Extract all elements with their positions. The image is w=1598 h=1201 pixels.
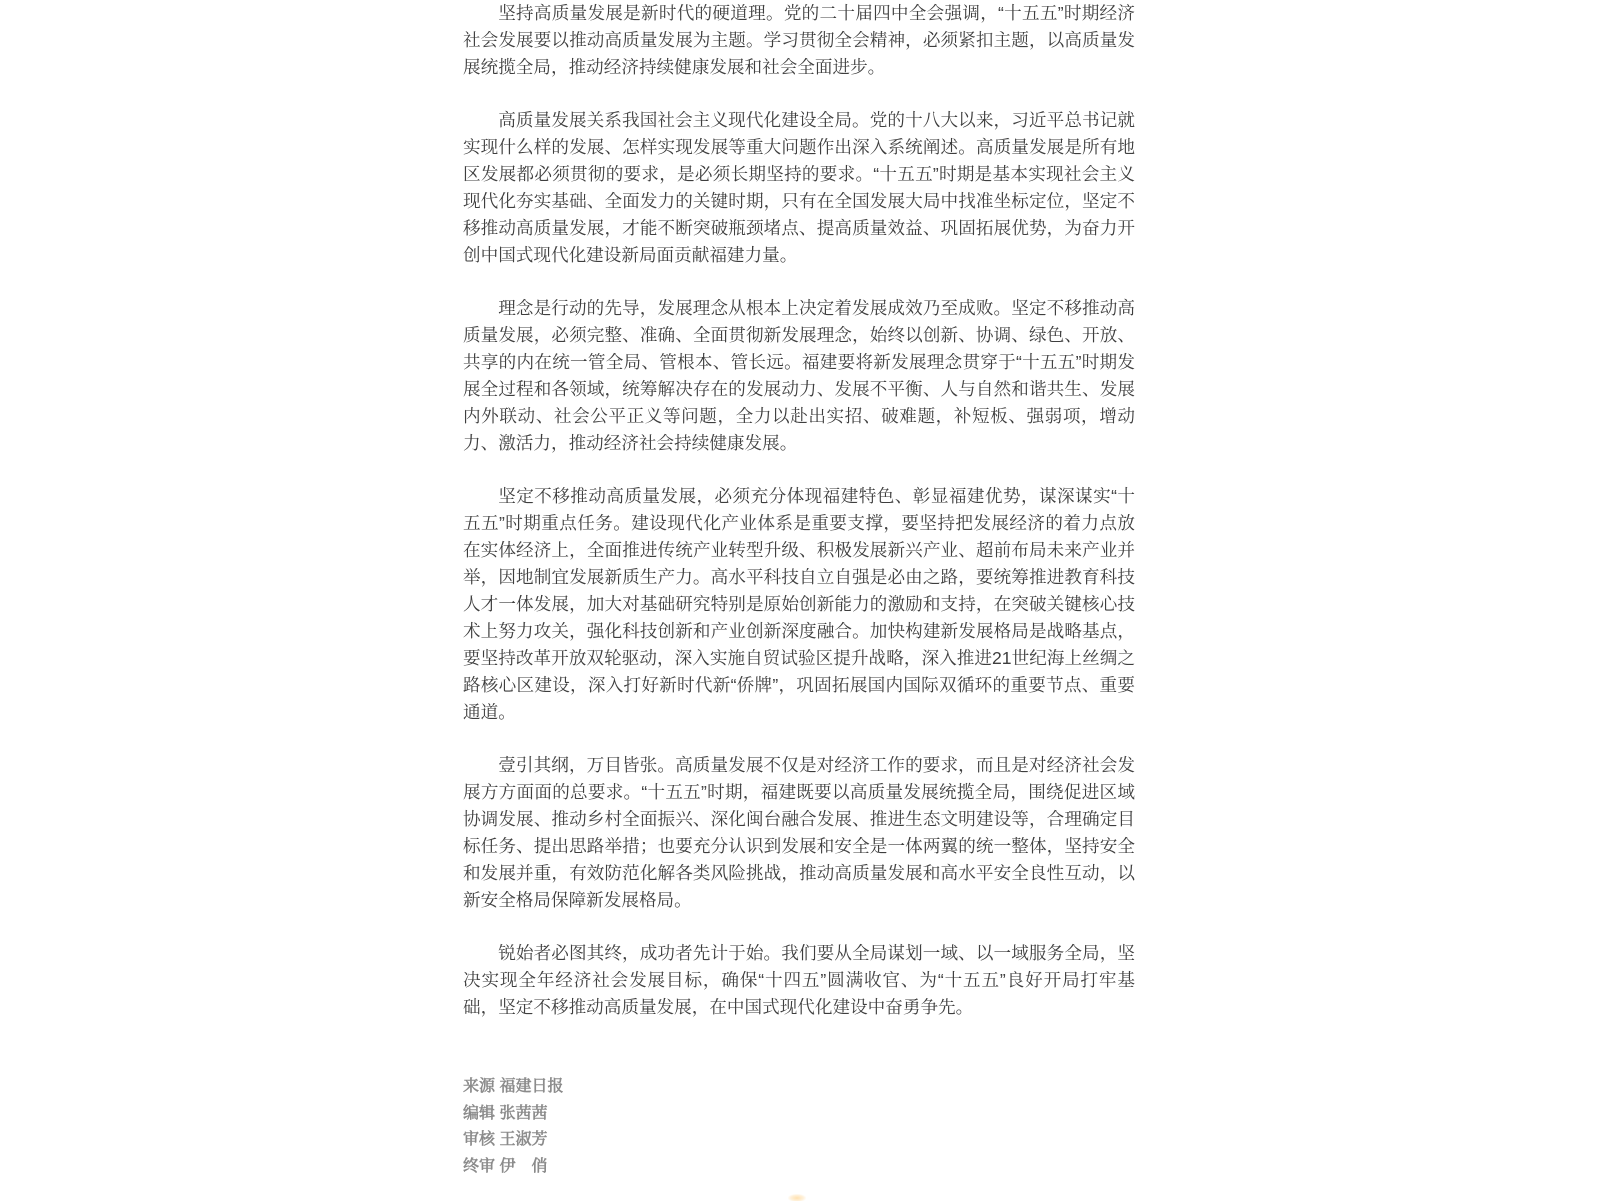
- cropped-graphic-artifact: [788, 1194, 806, 1201]
- article-paragraph-1: 坚持高质量发展是新时代的硬道理。党的二十届四中全会强调，“十五五”时期经济社会发…: [463, 0, 1135, 81]
- article-credits: 来源 福建日报 编辑 张茜茜 审核 王淑芳 终审 伊 俏: [463, 1074, 1135, 1180]
- credit-source-line: 来源 福建日报: [463, 1074, 1135, 1101]
- article-body: 坚持高质量发展是新时代的硬道理。党的二十届四中全会强调，“十五五”时期经济社会发…: [463, 0, 1135, 1180]
- article-paragraph-6: 锐始者必图其终，成功者先计于始。我们要从全局谋划一域、以一域服务全局，坚决实现全…: [463, 940, 1135, 1021]
- credit-reviewer-line: 审核 王淑芳: [463, 1127, 1135, 1154]
- article-page: 坚持高质量发展是新时代的硬道理。党的二十届四中全会强调，“十五五”时期经济社会发…: [0, 0, 1598, 1201]
- credit-editor-line: 编辑 张茜茜: [463, 1101, 1135, 1128]
- article-paragraph-4: 坚定不移推动高质量发展，必须充分体现福建特色、彰显福建优势，谋深谋实“十五五”时…: [463, 483, 1135, 726]
- article-paragraph-5: 壹引其纲，万目皆张。高质量发展不仅是对经济工作的要求，而且是对经济社会发展方方面…: [463, 752, 1135, 914]
- article-paragraph-3: 理念是行动的先导，发展理念从根本上决定着发展成效乃至成败。坚定不移推动高质量发展…: [463, 295, 1135, 457]
- credit-final-reviewer-line: 终审 伊 俏: [463, 1154, 1135, 1181]
- article-paragraph-2: 高质量发展关系我国社会主义现代化建设全局。党的十八大以来，习近平总书记就实现什么…: [463, 107, 1135, 269]
